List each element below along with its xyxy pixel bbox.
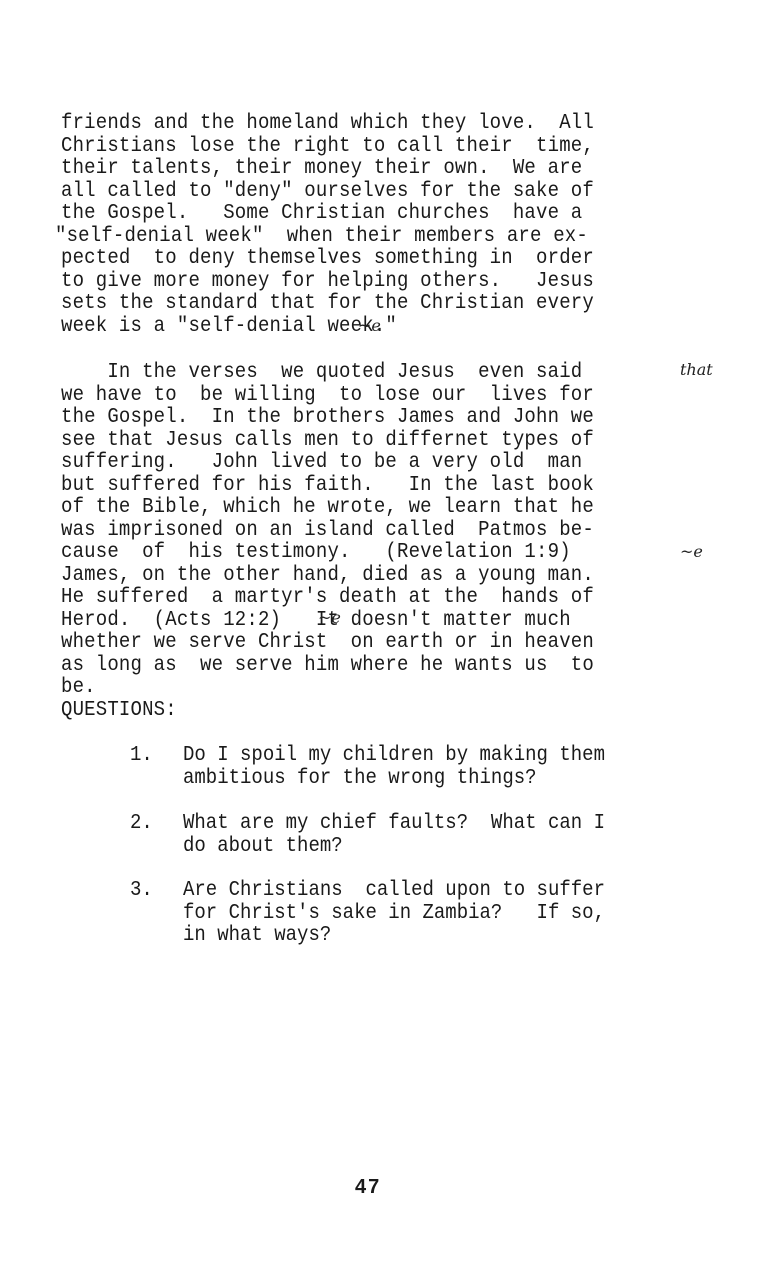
text-line: "self-denial week" when their members ar… (55, 226, 588, 249)
text-line: He suffered a martyr's death at the hand… (61, 587, 594, 610)
text-line: cause of his testimony. (Revelation 1:9) (61, 542, 571, 565)
question-number: 2. (130, 813, 153, 836)
handwritten-mark: ~e (318, 608, 341, 627)
question-text-line: Do I spoil my children by making them (183, 745, 605, 768)
text-line: be. (61, 677, 96, 700)
text-line: the Gospel. In the brothers James and Jo… (61, 407, 594, 430)
text-line: all called to "deny" ourselves for the s… (61, 181, 594, 204)
text-line: friends and the homeland which they love… (61, 113, 594, 136)
document-page: friends and the homeland which they love… (0, 0, 774, 1267)
text-line: whether we serve Christ on earth or in h… (61, 632, 594, 655)
text-line: sets the standard that for the Christian… (61, 293, 594, 316)
text-line: to give more money for helping others. J… (61, 271, 594, 294)
text-line: Herod. (Acts 12:2) It doesn't matter muc… (61, 610, 571, 633)
question-text-line: ambitious for the wrong things? (183, 768, 537, 791)
text-line: but suffered for his faith. In the last … (61, 475, 594, 498)
text-line: their talents, their money their own. We… (61, 158, 582, 181)
question-text-line: do about them? (183, 836, 343, 859)
text-line: suffering. John lived to be a very old m… (61, 452, 582, 475)
question-text-line: in what ways? (183, 925, 331, 948)
text-line: of the Bible, which he wrote, we learn t… (61, 497, 594, 520)
text-line: In the verses we quoted Jesus even said (61, 362, 582, 385)
text-line: week is a "self-denial week." (61, 316, 397, 339)
text-line: James, on the other hand, died as a youn… (61, 565, 594, 588)
question-number: 3. (130, 880, 153, 903)
question-number: 1. (130, 745, 153, 768)
question-text-line: for Christ's sake in Zambia? If so, (183, 903, 605, 926)
question-text-line: What are my chief faults? What can I (183, 813, 605, 836)
handwritten-margin-note: that (680, 360, 713, 379)
text-line: see that Jesus calls men to differnet ty… (61, 430, 594, 453)
text-line: pected to deny themselves something in o… (61, 248, 594, 271)
text-line: was imprisoned on an island called Patmo… (61, 520, 594, 543)
handwritten-mark: ~e (358, 316, 381, 335)
text-line: the Gospel. Some Christian churches have… (61, 203, 582, 226)
question-text-line: Are Christians called upon to suffer (183, 880, 605, 903)
text-line: Christians lose the right to call their … (61, 136, 594, 159)
text-line: we have to be willing to lose our lives … (61, 385, 594, 408)
handwritten-mark: ~e (680, 542, 703, 561)
text-line: as long as we serve him where he wants u… (61, 655, 594, 678)
questions-heading: QUESTIONS: (61, 700, 177, 723)
page-number: 47 (355, 1176, 381, 1199)
